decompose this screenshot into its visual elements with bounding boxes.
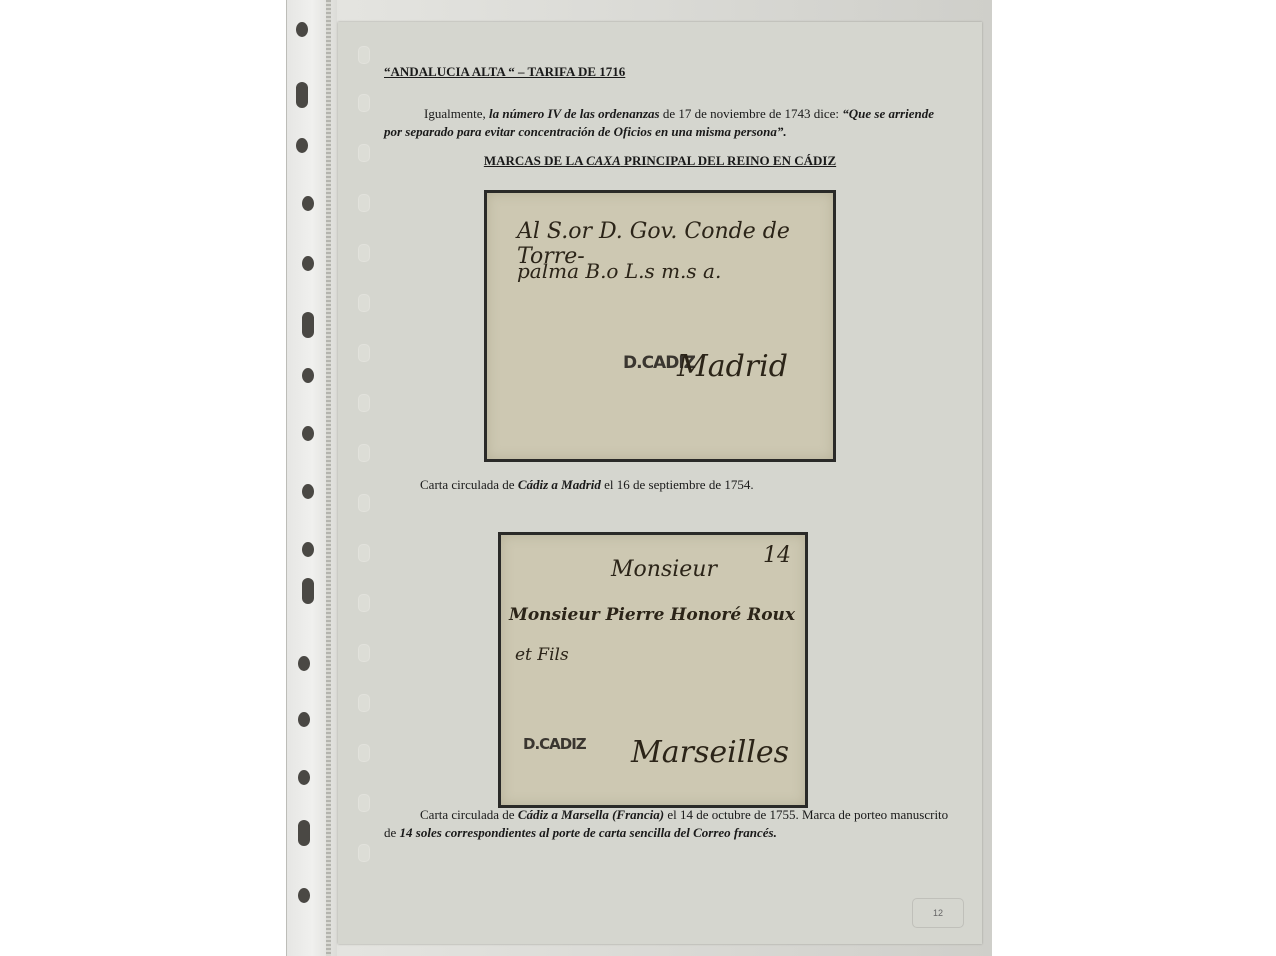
page-number: 12 (912, 898, 964, 928)
rate-mark: 14 (763, 543, 791, 568)
cadiz-postmark: D.CADIZ (523, 735, 586, 753)
letter-cadiz-marseille: 14 Monsieur Monsieur Pierre Honoré Roux … (498, 532, 808, 808)
intro-paragraph: Igualmente, la número IV de las ordenanz… (384, 105, 944, 141)
address-line-2: palma B.o L.s m.s a. (517, 259, 721, 283)
section-heading: MARCAS DE LA CAXA PRINCIPAL DEL REINO EN… (338, 153, 982, 169)
page-title: “ANDALUCIA ALTA “ – TARIFA DE 1716 (384, 64, 625, 80)
sleeve-seam (326, 0, 331, 956)
address-line-2: Monsieur Pierre Honoré Roux (509, 605, 795, 625)
album-page: “ANDALUCIA ALTA “ – TARIFA DE 1716 Igual… (338, 22, 982, 944)
destination: Marseilles (631, 735, 789, 770)
address-line-1: Monsieur (611, 557, 717, 582)
letter-1-caption: Carta circulada de Cádiz a Madrid el 16 … (420, 476, 754, 494)
intro-emphasis: la número IV de las ordenanzas (489, 106, 660, 121)
letter-2-caption: Carta circulada de Cádiz a Marsella (Fra… (384, 806, 954, 842)
letter-cadiz-madrid: Al S.or D. Gov. Conde de Torre- palma B.… (484, 190, 836, 462)
intro-mid: de 17 de noviembre de 1743 dice: (660, 106, 843, 121)
intro-lead: Igualmente, (424, 106, 489, 121)
destination: Madrid (677, 349, 788, 384)
address-line-3: et Fils (515, 645, 569, 665)
